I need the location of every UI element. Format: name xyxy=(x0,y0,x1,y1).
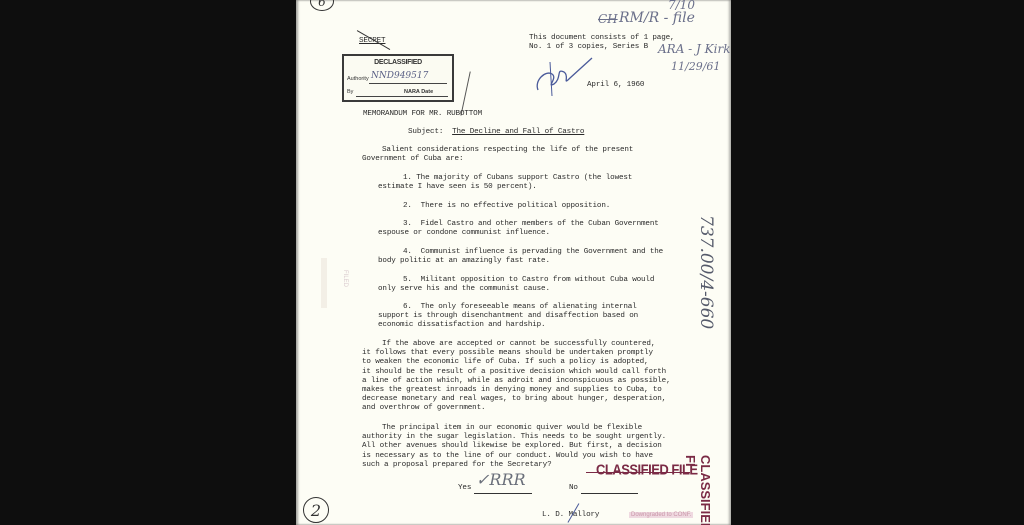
faint-margin-stamp: FILED xyxy=(342,270,348,287)
yes-initials: ✓RRR xyxy=(476,470,526,489)
initials-scribble xyxy=(532,52,602,97)
page-number-top: 6 xyxy=(310,0,334,11)
document-viewer: 6 2 SECRET DECLASSIFIED Authority NND949… xyxy=(0,0,1024,525)
authority-number: NND949517 xyxy=(371,71,428,81)
intro-paragraph: Salient considerations respecting the li… xyxy=(362,146,633,164)
subject-title: The Decline and Fall of Castro xyxy=(452,128,584,136)
yes-line xyxy=(474,493,532,494)
handwritten-note-4: 11/29/61 xyxy=(671,60,720,73)
file-number-margin: 737.00/4-660 xyxy=(696,215,716,329)
subject-line: Subject: The Decline and Fall of Castro xyxy=(408,128,584,137)
policy-paragraph: If the above are accepted or cannot be s… xyxy=(362,340,671,414)
document-page: 6 2 SECRET DECLASSIFIED Authority NND949… xyxy=(296,0,731,525)
point-6: 6. The only foreseeable means of alienat… xyxy=(362,303,638,331)
copy-notice-line-1: This document consists of 1 page, xyxy=(529,34,674,43)
point-4: 4. Communist influence is pervading the … xyxy=(362,248,663,266)
handwritten-note-2: RM/R - file xyxy=(619,10,695,26)
copy-notice-line-2: No. 1 of 3 copies, Series B xyxy=(529,43,648,52)
point-3: 3. Fidel Castro and other members of the… xyxy=(362,220,659,238)
downgrade-stamp: Downgraded to CONF. xyxy=(629,512,693,518)
declassified-stamp: DECLASSIFIED Authority NND949517 By NARA… xyxy=(342,54,454,102)
point-5: 5. Militant opposition to Castro from wi… xyxy=(362,276,654,294)
page-number-bottom: 2 xyxy=(303,497,329,523)
point-1: 1. The majority of Cubans support Castro… xyxy=(362,174,632,192)
yes-label: Yes xyxy=(458,484,471,493)
memo-to: MEMORANDUM FOR MR. RUBOTTOM xyxy=(363,110,482,119)
no-line xyxy=(581,493,638,494)
handwritten-crossed: CH xyxy=(598,12,618,26)
faint-margin-mark xyxy=(321,258,327,308)
no-label: No xyxy=(569,484,578,493)
point-2: 2. There is no effective political oppos… xyxy=(362,202,610,211)
memo-date: April 6, 1960 xyxy=(587,81,644,90)
handwritten-note-3: ARA - J Kirk xyxy=(658,42,731,56)
